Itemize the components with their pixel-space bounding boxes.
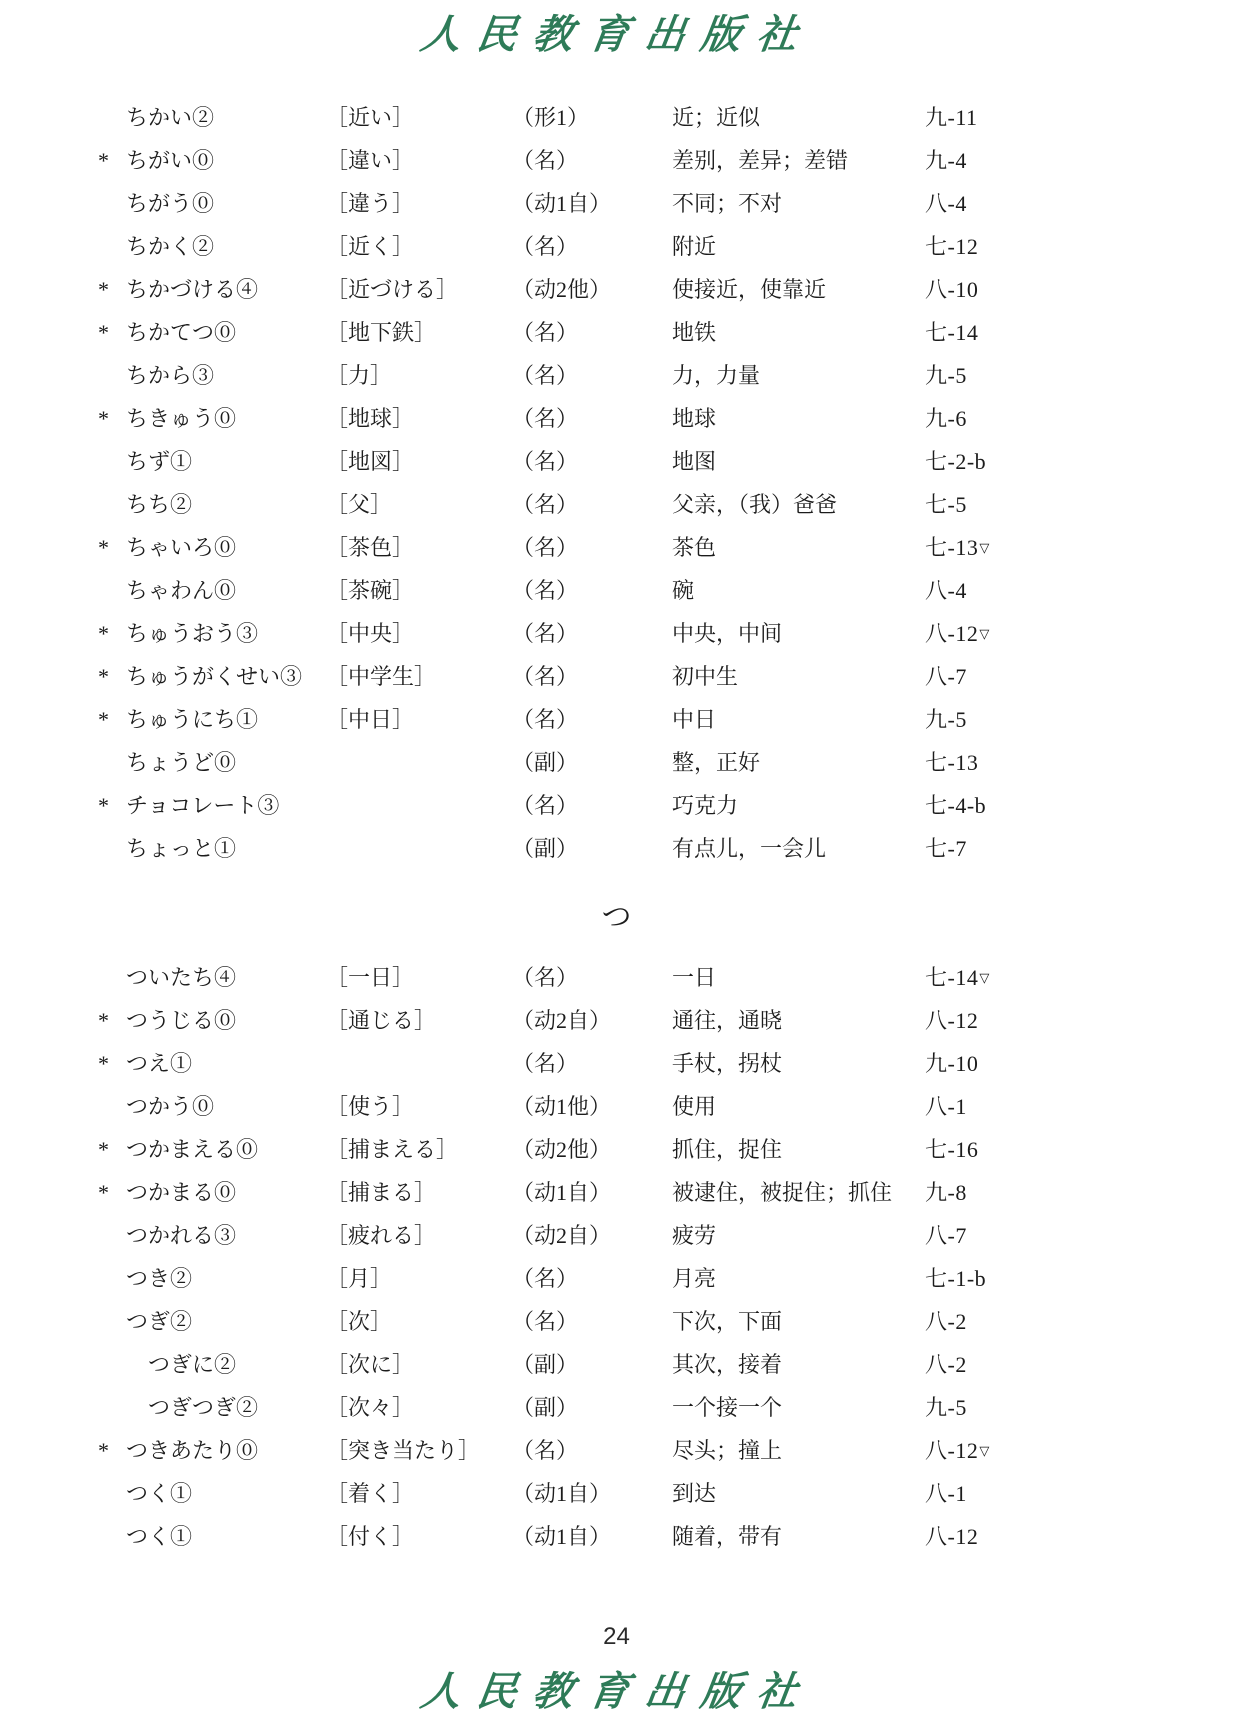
kana-word: つく①: [126, 1472, 326, 1515]
lesson-ref: 九-11: [925, 96, 1085, 139]
triangle-mark: ▽: [979, 1443, 990, 1458]
part-of-speech: （名）: [512, 569, 672, 612]
part-of-speech: （名）: [512, 1429, 672, 1472]
lesson-ref: 七-7: [925, 827, 1085, 870]
part-of-speech: （名）: [512, 698, 672, 741]
kanji-form: ［中日］: [326, 698, 512, 741]
lesson-ref: 七-16: [925, 1128, 1085, 1171]
chinese-meaning: 通往，通晓: [672, 999, 925, 1042]
vocab-row: ちち② ［父］ （名） 父亲，（我）爸爸 七-5: [98, 483, 1233, 526]
lesson-ref-number: 七-13: [925, 750, 978, 775]
kana-word: ちがう⓪: [126, 182, 326, 225]
star-marker: *: [98, 612, 126, 655]
part-of-speech: （副）: [512, 741, 672, 784]
vocab-row: ついたち④ ［一日］ （名） 一日 七-14▽: [98, 956, 1233, 999]
lesson-ref: 八-4: [925, 569, 1085, 612]
vocab-row: つかれる③ ［疲れる］ （动2自） 疲劳 八-7: [98, 1214, 1233, 1257]
star-marker: [98, 1214, 126, 1257]
lesson-ref-number: 八-7: [925, 1223, 967, 1248]
page-number: 24: [0, 1622, 1233, 1652]
lesson-ref-number: 七-16: [925, 1137, 978, 1162]
lesson-ref: 九-5: [925, 354, 1085, 397]
kana-word: チョコレート③: [126, 784, 326, 827]
vocab-row: * つかまえる⓪ ［捕まえる］ （动2他） 抓住，捉住 七-16: [98, 1128, 1233, 1171]
kana-word: つえ①: [126, 1042, 326, 1085]
lesson-ref-number: 九-10: [925, 1051, 978, 1076]
chinese-meaning: 巧克力: [672, 784, 925, 827]
kanji-form: ［近い］: [326, 96, 512, 139]
triangle-mark: ▽: [979, 626, 990, 641]
chinese-meaning: 使接近，使靠近: [672, 268, 925, 311]
lesson-ref-number: 九-8: [925, 1180, 967, 1205]
vocab-row: つき② ［月］ （名） 月亮 七-1-b: [98, 1257, 1233, 1300]
lesson-ref: 八-2: [925, 1343, 1085, 1386]
part-of-speech: （副）: [512, 827, 672, 870]
part-of-speech: （副）: [512, 1343, 672, 1386]
star-marker: [98, 1472, 126, 1515]
lesson-ref-number: 八-12: [925, 1524, 978, 1549]
chinese-meaning: 地球: [672, 397, 925, 440]
lesson-ref: 七-2-b: [925, 440, 1085, 483]
kanji-form: ［使う］: [326, 1085, 512, 1128]
kanji-form: ［中学生］: [326, 655, 512, 698]
part-of-speech: （动2自）: [512, 1214, 672, 1257]
lesson-ref-number: 八-4: [925, 191, 967, 216]
vocab-row: ちがう⓪ ［違う］ （动1自） 不同；不对 八-4: [98, 182, 1233, 225]
lesson-ref: 八-7: [925, 1214, 1085, 1257]
lesson-ref: 八-12▽: [925, 612, 1085, 655]
vocab-row: * チョコレート③ （名） 巧克力 七-4-b: [98, 784, 1233, 827]
star-marker: [98, 569, 126, 612]
chinese-meaning: 力，力量: [672, 354, 925, 397]
chinese-meaning: 有点儿，一会儿: [672, 827, 925, 870]
part-of-speech: （名）: [512, 483, 672, 526]
kana-word: ちょうど⓪: [126, 741, 326, 784]
lesson-ref-number: 九-5: [925, 707, 967, 732]
star-marker: [98, 96, 126, 139]
lesson-ref: 九-6: [925, 397, 1085, 440]
kana-word: つぎ②: [126, 1300, 326, 1343]
kanji-form: [326, 827, 512, 870]
lesson-ref: 九-5: [925, 1386, 1085, 1429]
lesson-ref: 八-1: [925, 1085, 1085, 1128]
lesson-ref: 八-1: [925, 1472, 1085, 1515]
publisher-logo-footer: 人民教育出版社: [0, 1664, 1233, 1724]
lesson-ref: 七-14▽: [925, 956, 1085, 999]
lesson-ref-number: 七-14: [925, 320, 978, 345]
lesson-ref-number: 七-2-b: [925, 449, 986, 474]
lesson-ref-number: 七-4-b: [925, 793, 986, 818]
vocab-row: ちかく② ［近く］ （名） 附近 七-12: [98, 225, 1233, 268]
kanji-form: ［中央］: [326, 612, 512, 655]
part-of-speech: （动2他）: [512, 1128, 672, 1171]
star-marker: *: [98, 1042, 126, 1085]
kanji-form: ［捕まる］: [326, 1171, 512, 1214]
kanji-form: [326, 784, 512, 827]
triangle-mark: ▽: [979, 970, 990, 985]
vocab-row: * つきあたり⓪ ［突き当たり］ （名） 尽头；撞上 八-12▽: [98, 1429, 1233, 1472]
star-marker: *: [98, 397, 126, 440]
kana-word: ちがい⓪: [126, 139, 326, 182]
vocab-row: ちゃわん⓪ ［茶碗］ （名） 碗 八-4: [98, 569, 1233, 612]
kana-word: ちゃわん⓪: [126, 569, 326, 612]
vocab-row: つく① ［付く］ （动1自） 随着，带有 八-12: [98, 1515, 1233, 1558]
star-marker: *: [98, 1171, 126, 1214]
lesson-ref: 七-5: [925, 483, 1085, 526]
lesson-ref-number: 八-7: [925, 664, 967, 689]
vocab-row: * つかまる⓪ ［捕まる］ （动1自） 被逮住，被捉住；抓住 九-8: [98, 1171, 1233, 1214]
vocab-row: つぎに② ［次に］ （副） 其次，接着 八-2: [98, 1343, 1233, 1386]
chinese-meaning: 一日: [672, 956, 925, 999]
part-of-speech: （名）: [512, 655, 672, 698]
lesson-ref: 七-13▽: [925, 526, 1085, 569]
chinese-meaning: 茶色: [672, 526, 925, 569]
chinese-meaning: 月亮: [672, 1257, 925, 1300]
kana-word: つく①: [126, 1515, 326, 1558]
kana-word: つぎに②: [126, 1343, 326, 1386]
star-marker: *: [98, 526, 126, 569]
chinese-meaning: 到达: [672, 1472, 925, 1515]
textbook-page: 人民教育出版社 ちかい② ［近い］ （形1） 近；近似 九-11 * ちがい⓪ …: [0, 0, 1233, 1736]
kanji-form: ［違い］: [326, 139, 512, 182]
part-of-speech: （名）: [512, 397, 672, 440]
kanji-form: ［茶碗］: [326, 569, 512, 612]
chinese-meaning: 手杖，拐杖: [672, 1042, 925, 1085]
part-of-speech: （名）: [512, 612, 672, 655]
lesson-ref-number: 九-5: [925, 1395, 967, 1420]
publisher-logo-text: 人民教育出版社: [417, 1664, 817, 1720]
lesson-ref-number: 七-12: [925, 234, 978, 259]
kanji-form: ［月］: [326, 1257, 512, 1300]
lesson-ref: 九-10: [925, 1042, 1085, 1085]
vocab-row: * ちかてつ⓪ ［地下鉄］ （名） 地铁 七-14: [98, 311, 1233, 354]
lesson-ref: 七-14: [925, 311, 1085, 354]
lesson-ref: 八-2: [925, 1300, 1085, 1343]
vocab-row: * ちきゅう⓪ ［地球］ （名） 地球 九-6: [98, 397, 1233, 440]
vocab-row: * ちゅうにち① ［中日］ （名） 中日 九-5: [98, 698, 1233, 741]
chinese-meaning: 不同；不对: [672, 182, 925, 225]
vocab-row: * ちゃいろ⓪ ［茶色］ （名） 茶色 七-13▽: [98, 526, 1233, 569]
kanji-form: ［次に］: [326, 1343, 512, 1386]
part-of-speech: （动2自）: [512, 999, 672, 1042]
part-of-speech: （副）: [512, 1386, 672, 1429]
vocab-row: * ちがい⓪ ［違い］ （名） 差别，差异；差错 九-4: [98, 139, 1233, 182]
star-marker: *: [98, 655, 126, 698]
part-of-speech: （名）: [512, 139, 672, 182]
triangle-mark: ▽: [979, 540, 990, 555]
star-marker: [98, 1300, 126, 1343]
lesson-ref-number: 七-13: [925, 535, 978, 560]
star-marker: *: [98, 311, 126, 354]
lesson-ref-number: 八-2: [925, 1309, 967, 1334]
kanji-form: ［地図］: [326, 440, 512, 483]
kana-word: ちず①: [126, 440, 326, 483]
chinese-meaning: 地图: [672, 440, 925, 483]
lesson-ref: 八-12▽: [925, 1429, 1085, 1472]
kanji-form: [326, 741, 512, 784]
chinese-meaning: 其次，接着: [672, 1343, 925, 1386]
kanji-form: ［疲れる］: [326, 1214, 512, 1257]
kana-word: ちかづける④: [126, 268, 326, 311]
vocab-row: * つえ① （名） 手杖，拐杖 九-10: [98, 1042, 1233, 1085]
publisher-logo-text: 人民教育出版社: [417, 8, 817, 62]
lesson-ref-number: 九-6: [925, 406, 967, 431]
kanji-form: ［着く］: [326, 1472, 512, 1515]
star-marker: [98, 354, 126, 397]
kanji-form: ［父］: [326, 483, 512, 526]
kana-word: ちかてつ⓪: [126, 311, 326, 354]
vocab-table: ちかい② ［近い］ （形1） 近；近似 九-11 * ちがい⓪ ［違い］ （名）…: [98, 96, 1233, 1558]
star-marker: [98, 182, 126, 225]
chinese-meaning: 差别，差异；差错: [672, 139, 925, 182]
lesson-ref: 九-8: [925, 1171, 1085, 1214]
lesson-ref-number: 七-14: [925, 965, 978, 990]
chinese-meaning: 中央，中间: [672, 612, 925, 655]
star-marker: [98, 483, 126, 526]
kana-word: ちゃいろ⓪: [126, 526, 326, 569]
chinese-meaning: 使用: [672, 1085, 925, 1128]
kanji-form: ［通じる］: [326, 999, 512, 1042]
kanji-form: ［突き当たり］: [326, 1429, 512, 1472]
lesson-ref-number: 八-1: [925, 1094, 967, 1119]
kana-word: ちゅうおう③: [126, 612, 326, 655]
chinese-meaning: 一个接一个: [672, 1386, 925, 1429]
vocab-row: つかう⓪ ［使う］ （动1他） 使用 八-1: [98, 1085, 1233, 1128]
vocab-row: * つうじる⓪ ［通じる］ （动2自） 通往，通晓 八-12: [98, 999, 1233, 1042]
kana-word: つかう⓪: [126, 1085, 326, 1128]
lesson-ref-number: 九-11: [925, 105, 978, 130]
kana-word: つうじる⓪: [126, 999, 326, 1042]
part-of-speech: （形1）: [512, 96, 672, 139]
kana-word: つき②: [126, 1257, 326, 1300]
chinese-meaning: 附近: [672, 225, 925, 268]
star-marker: *: [98, 698, 126, 741]
kanji-form: ［力］: [326, 354, 512, 397]
kana-word: つきあたり⓪: [126, 1429, 326, 1472]
part-of-speech: （动1自）: [512, 1171, 672, 1214]
star-marker: [98, 741, 126, 784]
kanji-form: [326, 1042, 512, 1085]
star-marker: [98, 1257, 126, 1300]
chinese-meaning: 被逮住，被捉住；抓住: [672, 1171, 925, 1214]
star-marker: [98, 1085, 126, 1128]
lesson-ref: 七-1-b: [925, 1257, 1085, 1300]
chinese-meaning: 初中生: [672, 655, 925, 698]
lesson-ref: 九-4: [925, 139, 1085, 182]
part-of-speech: （动1自）: [512, 1515, 672, 1558]
chinese-meaning: 随着，带有: [672, 1515, 925, 1558]
chinese-meaning: 尽头；撞上: [672, 1429, 925, 1472]
star-marker: *: [98, 784, 126, 827]
part-of-speech: （名）: [512, 1257, 672, 1300]
kanji-form: ［一日］: [326, 956, 512, 999]
kana-word: ちょっと①: [126, 827, 326, 870]
part-of-speech: （名）: [512, 225, 672, 268]
part-of-speech: （名）: [512, 784, 672, 827]
part-of-speech: （名）: [512, 956, 672, 999]
lesson-ref: 九-5: [925, 698, 1085, 741]
kanji-form: ［地球］: [326, 397, 512, 440]
lesson-ref-number: 八-12: [925, 621, 978, 646]
vocab-row: ちず① ［地図］ （名） 地图 七-2-b: [98, 440, 1233, 483]
star-marker: *: [98, 1128, 126, 1171]
kanji-form: ［次］: [326, 1300, 512, 1343]
star-marker: [98, 1515, 126, 1558]
kanji-form: ［地下鉄］: [326, 311, 512, 354]
kana-word: ちから③: [126, 354, 326, 397]
vocab-row: ちから③ ［力］ （名） 力，力量 九-5: [98, 354, 1233, 397]
chinese-meaning: 下次，下面: [672, 1300, 925, 1343]
lesson-ref-number: 七-5: [925, 492, 967, 517]
part-of-speech: （名）: [512, 1042, 672, 1085]
kana-word: ついたち④: [126, 956, 326, 999]
lesson-ref-number: 七-7: [925, 836, 967, 861]
star-marker: [98, 1386, 126, 1429]
star-marker: [98, 956, 126, 999]
star-marker: *: [98, 139, 126, 182]
lesson-ref: 八-4: [925, 182, 1085, 225]
kana-word: ちゅうがくせい③: [126, 655, 326, 698]
star-marker: *: [98, 999, 126, 1042]
chinese-meaning: 中日: [672, 698, 925, 741]
lesson-ref: 七-12: [925, 225, 1085, 268]
kanji-form: ［付く］: [326, 1515, 512, 1558]
vocab-row: つぎ② ［次］ （名） 下次，下面 八-2: [98, 1300, 1233, 1343]
part-of-speech: （动1自）: [512, 1472, 672, 1515]
vocab-row: ちょっと① （副） 有点儿，一会儿 七-7: [98, 827, 1233, 870]
chinese-meaning: 近；近似: [672, 96, 925, 139]
kanji-form: ［次々］: [326, 1386, 512, 1429]
lesson-ref-number: 八-4: [925, 578, 967, 603]
kanji-form: ［近く］: [326, 225, 512, 268]
lesson-ref: 七-13: [925, 741, 1085, 784]
vocab-row: * ちゅうおう③ ［中央］ （名） 中央，中间 八-12▽: [98, 612, 1233, 655]
star-marker: [98, 440, 126, 483]
kana-word: つかまる⓪: [126, 1171, 326, 1214]
part-of-speech: （名）: [512, 1300, 672, 1343]
lesson-ref: 八-10: [925, 268, 1085, 311]
star-marker: [98, 1343, 126, 1386]
chinese-meaning: 抓住，捉住: [672, 1128, 925, 1171]
star-marker: *: [98, 268, 126, 311]
star-marker: *: [98, 1429, 126, 1472]
kana-word: ちち②: [126, 483, 326, 526]
lesson-ref-number: 九-4: [925, 148, 967, 173]
chinese-meaning: 疲劳: [672, 1214, 925, 1257]
kana-word: ちかく②: [126, 225, 326, 268]
lesson-ref-number: 七-1-b: [925, 1266, 986, 1291]
lesson-ref: 八-7: [925, 655, 1085, 698]
part-of-speech: （名）: [512, 354, 672, 397]
section-header: つ: [0, 896, 1233, 940]
chinese-meaning: 碗: [672, 569, 925, 612]
chinese-meaning: 父亲，（我）爸爸: [672, 483, 925, 526]
publisher-logo-header: 人民教育出版社: [0, 0, 1233, 62]
part-of-speech: （名）: [512, 311, 672, 354]
lesson-ref: 八-12: [925, 999, 1085, 1042]
kana-word: つぎつぎ②: [126, 1386, 326, 1429]
kana-word: ちゅうにち①: [126, 698, 326, 741]
chinese-meaning: 整，正好: [672, 741, 925, 784]
vocab-row: ちかい② ［近い］ （形1） 近；近似 九-11: [98, 96, 1233, 139]
kana-word: ちきゅう⓪: [126, 397, 326, 440]
lesson-ref: 八-12: [925, 1515, 1085, 1558]
lesson-ref-number: 九-5: [925, 363, 967, 388]
lesson-ref-number: 八-2: [925, 1352, 967, 1377]
star-marker: [98, 225, 126, 268]
kana-word: ちかい②: [126, 96, 326, 139]
part-of-speech: （动2他）: [512, 268, 672, 311]
star-marker: [98, 827, 126, 870]
lesson-ref-number: 八-10: [925, 277, 978, 302]
kana-word: つかれる③: [126, 1214, 326, 1257]
vocab-row: つく① ［着く］ （动1自） 到达 八-1: [98, 1472, 1233, 1515]
lesson-ref-number: 八-12: [925, 1008, 978, 1033]
part-of-speech: （名）: [512, 526, 672, 569]
lesson-ref-number: 八-1: [925, 1481, 967, 1506]
lesson-ref: 七-4-b: [925, 784, 1085, 827]
lesson-ref-number: 八-12: [925, 1438, 978, 1463]
chinese-meaning: 地铁: [672, 311, 925, 354]
kanji-form: ［茶色］: [326, 526, 512, 569]
part-of-speech: （动1自）: [512, 182, 672, 225]
vocab-row: * ちかづける④ ［近づける］ （动2他） 使接近，使靠近 八-10: [98, 268, 1233, 311]
kanji-form: ［捕まえる］: [326, 1128, 512, 1171]
kanji-form: ［違う］: [326, 182, 512, 225]
kanji-form: ［近づける］: [326, 268, 512, 311]
vocab-row: ちょうど⓪ （副） 整，正好 七-13: [98, 741, 1233, 784]
part-of-speech: （名）: [512, 440, 672, 483]
vocab-row: つぎつぎ② ［次々］ （副） 一个接一个 九-5: [98, 1386, 1233, 1429]
part-of-speech: （动1他）: [512, 1085, 672, 1128]
vocab-row: * ちゅうがくせい③ ［中学生］ （名） 初中生 八-7: [98, 655, 1233, 698]
kana-word: つかまえる⓪: [126, 1128, 326, 1171]
